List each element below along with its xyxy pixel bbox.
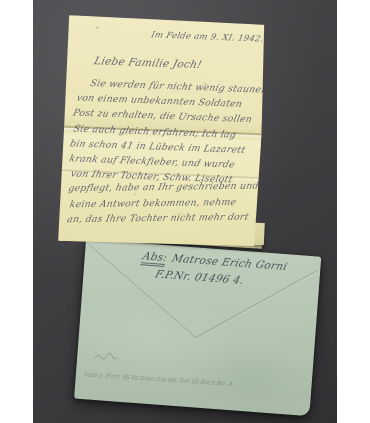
envelope-pencil-scribble [93,350,120,366]
envelope-sender-prefix: Abs: [140,250,169,267]
product-photo: Abs:Matrose Erich Gorni F.P.Nr. 01496 4.… [0,0,370,423]
page-margin-right [337,0,370,423]
photo-backdrop: Abs:Matrose Erich Gorni F.P.Nr. 01496 4.… [33,0,337,423]
page-margin-left [0,0,33,423]
letter-salutation: Liebe Familie Joch! [93,55,203,71]
letter-body: Sie werden für nicht wenig staunen von e… [67,75,260,234]
envelope: Abs:Matrose Erich Gorni F.P.Nr. 01496 4.… [74,239,321,416]
letter-line: an, das Ihre Tochter nicht mehr dort [66,209,256,227]
letter-sheet: Im Felde am 9. XI. 1942. Liebe Familie J… [57,15,266,249]
letter-date: Im Felde am 9. XI. 1942. [150,30,265,44]
